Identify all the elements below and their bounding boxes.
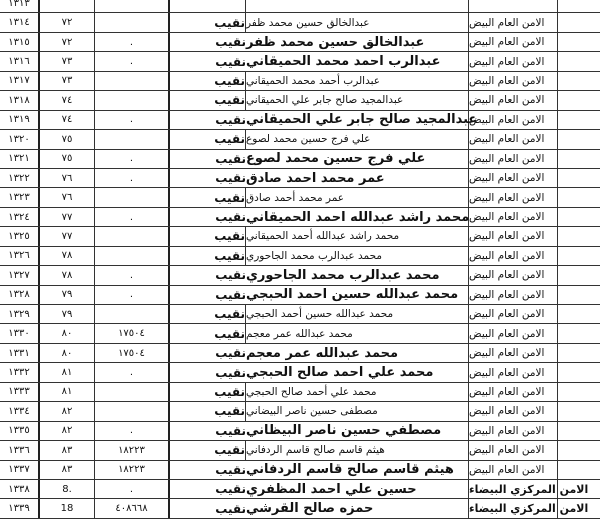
blank-cell [558, 0, 600, 12]
unit-cell: الامن العام البيض [468, 441, 558, 459]
name-cell: محمد راشد عبدالله احمد الحميقاني [246, 208, 468, 226]
rank-cell: نقيب [170, 324, 246, 342]
name-cell: علي فرج حسين محمد لصوع [246, 150, 468, 168]
blank-cell [558, 111, 600, 129]
blank-cell [558, 402, 600, 420]
unit-cell: الامن العام البيض [468, 91, 558, 109]
blank-cell [558, 480, 600, 498]
rank-cell: نقيب [170, 266, 246, 284]
name-cell: محمد عبدالله عمر معجم [246, 344, 468, 362]
blank-cell [558, 33, 600, 51]
rank-cell: نقيب [170, 422, 246, 440]
value-cell: ١٨٢٢٣ [95, 461, 170, 479]
rank-cell: نقيب [170, 383, 246, 401]
blank-cell [558, 247, 600, 265]
blank-cell [558, 72, 600, 90]
table-row: ١٣٢٥٧٧نقيبمحمد راشد عبدالله أحمد الحميقا… [0, 227, 600, 246]
unit-cell: الامن العام البيض [468, 266, 558, 284]
rank-cell: نقيب [170, 208, 246, 226]
name-cell: عمر محمد احمد صادق [246, 169, 468, 187]
value-cell: ٤٠٨٦٦٨ [95, 499, 170, 517]
name-cell: عبدالمجيد صالح جابر علي الحميقاني [246, 111, 468, 129]
name-cell: علي فرج حسين محمد لصوع [246, 130, 468, 148]
name-cell: عبدالمجيد صالح جابر علي الحميقاني [246, 91, 468, 109]
table-row: ١٣٢١٧٥.نقيبعلي فرج حسين محمد لصوعالامن ا… [0, 150, 600, 169]
value-cell: . [95, 208, 170, 226]
blank-cell [558, 13, 600, 31]
number-cell: ٧٦ [40, 188, 95, 206]
serial-cell: ١٣١٣ [0, 0, 40, 12]
unit-cell: الامن العام البيض [468, 422, 558, 440]
name-cell: عبدالرب احمد محمد الحميقاني [246, 52, 468, 70]
value-cell [95, 130, 170, 148]
number-cell: ٨١ [40, 383, 95, 401]
blank-cell [558, 188, 600, 206]
rank-cell: نقيب [170, 91, 246, 109]
number-cell: ٧٧ [40, 208, 95, 226]
unit-cell [468, 0, 558, 12]
rank-cell: نقيب [170, 72, 246, 90]
blank-cell [558, 383, 600, 401]
rank-cell: نقيب [170, 461, 246, 479]
table-row: ١٣٢٢٧٦.نقيبعمر محمد احمد صادقالامن العام… [0, 169, 600, 188]
number-cell: ٨٣ [40, 461, 95, 479]
serial-cell: ١٣٣٣ [0, 383, 40, 401]
table-row: ١٣٢٤٧٧.نقيبمحمد راشد عبدالله احمد الحميق… [0, 208, 600, 227]
name-cell: محمد عبدالله حسين أحمد الحبجي [246, 305, 468, 323]
name-cell: عمر محمد أحمد صادق [246, 188, 468, 206]
value-cell [95, 227, 170, 245]
table-row: ١٣١٥٧٢.نقيبعبدالخالق حسين محمد ظفرالامن … [0, 33, 600, 52]
number-cell: 18 [40, 499, 95, 517]
rank-cell: نقيب [170, 188, 246, 206]
serial-cell: ١٣٢٨ [0, 286, 40, 304]
value-cell: . [95, 33, 170, 51]
blank-cell [558, 130, 600, 148]
table-row: ١٣٣٩18٤٠٨٦٦٨نقيبحمزه صالح القرشيالامن ال… [0, 499, 600, 518]
name-cell: مصطفي حسين ناصر البيظاني [246, 422, 468, 440]
table-row: ١٣٣٧٨٣١٨٢٢٣نقيبهيثم قاسم صالح قاسم الردف… [0, 461, 600, 480]
serial-cell: ١٣٢٧ [0, 266, 40, 284]
rank-cell: نقيب [170, 150, 246, 168]
rank-cell: نقيب [170, 441, 246, 459]
number-cell: ٧٢ [40, 33, 95, 51]
officers-table: ١٣١٣١٣١٤٧٢نقيبعبدالخالق حسين محمد ظفرالا… [0, 0, 600, 519]
unit-cell: الامن العام البيض [468, 72, 558, 90]
unit-cell: الامن العام البيض [468, 286, 558, 304]
unit-cell: الامن العام البيض [468, 33, 558, 51]
table-row: ١٣٢٠٧٥نقيبعلي فرج حسين محمد لصوعالامن ال… [0, 130, 600, 149]
unit-cell: الامن العام البيض [468, 383, 558, 401]
serial-cell: ١٣٢٦ [0, 247, 40, 265]
number-cell: 8. [40, 480, 95, 498]
number-cell: ٧٣ [40, 52, 95, 70]
serial-cell: ١٣١٨ [0, 91, 40, 109]
number-cell: ٧٩ [40, 305, 95, 323]
blank-cell [558, 169, 600, 187]
table-row: ١٣٣٠٨٠١٧٥٠٤نقيبمحمد عبدالله عمر معجمالام… [0, 324, 600, 343]
number-cell: ٨٢ [40, 402, 95, 420]
serial-cell: ١٣٣٧ [0, 461, 40, 479]
number-cell: ٧٥ [40, 150, 95, 168]
table-row: ١٣٢٩٧٩نقيبمحمد عبدالله حسين أحمد الحبجيا… [0, 305, 600, 324]
rank-cell: نقيب [170, 130, 246, 148]
number-cell: ٧٣ [40, 72, 95, 90]
number-cell: ٨٠ [40, 344, 95, 362]
serial-cell: ١٣٣٨ [0, 480, 40, 498]
unit-cell: الامن العام البيض [468, 13, 558, 31]
rank-cell: نقيب [170, 52, 246, 70]
rank-cell: نقيب [170, 480, 246, 498]
name-cell: عبدالرب أحمد محمد الحميقاني [246, 72, 468, 90]
number-cell: ٧٧ [40, 227, 95, 245]
unit-cell: الامن العام البيض [468, 188, 558, 206]
value-cell [95, 91, 170, 109]
blank-cell [558, 150, 600, 168]
serial-cell: ١٣٣٠ [0, 324, 40, 342]
value-cell: . [95, 111, 170, 129]
unit-cell: الامن العام البيض [468, 324, 558, 342]
table-row: ١٣٣١٨٠١٧٥٠٤نقيبمحمد عبدالله عمر معجمالام… [0, 344, 600, 363]
value-cell [95, 188, 170, 206]
serial-cell: ١٣١٦ [0, 52, 40, 70]
value-cell: ١٧٥٠٤ [95, 344, 170, 362]
value-cell: ١٧٥٠٤ [95, 324, 170, 342]
blank-cell [558, 363, 600, 381]
blank-cell [558, 305, 600, 323]
serial-cell: ١٣٢٤ [0, 208, 40, 226]
number-cell: ٨٣ [40, 441, 95, 459]
number-cell: ٨٠ [40, 324, 95, 342]
table-row: ١٣٣٨8..نقيبحسين علي احمد المظفريالامن ال… [0, 480, 600, 499]
rank-cell: نقيب [170, 247, 246, 265]
blank-cell [558, 324, 600, 342]
table-row: ١٣٣٥٨٢.نقيبمصطفي حسين ناصر البيظانيالامن… [0, 422, 600, 441]
serial-cell: ١٣٢٢ [0, 169, 40, 187]
number-cell: ٧٨ [40, 247, 95, 265]
serial-cell: ١٣٣٦ [0, 441, 40, 459]
rank-cell: نقيب [170, 402, 246, 420]
blank-cell [558, 208, 600, 226]
value-cell: . [95, 363, 170, 381]
name-cell: محمد عبدالرب محمد الجاحوري [246, 266, 468, 284]
table-row: ١٣١٦٧٣.نقيبعبدالرب احمد محمد الحميقانيال… [0, 52, 600, 71]
serial-cell: ١٣٣٢ [0, 363, 40, 381]
rank-cell: نقيب [170, 499, 246, 517]
name-cell: حسين علي احمد المظفري [246, 480, 468, 498]
unit-cell: الامن العام البيض [468, 461, 558, 479]
rank-cell [170, 0, 246, 12]
number-cell: ٨٢ [40, 422, 95, 440]
unit-cell: الامن العام البيض [468, 247, 558, 265]
serial-cell: ١٣١٥ [0, 33, 40, 51]
table-row: ١٣٢٣٧٦نقيبعمر محمد أحمد صادقالامن العام … [0, 188, 600, 207]
unit-cell: الامن العام البيض [468, 363, 558, 381]
unit-cell: الامن العام البيض [468, 402, 558, 420]
serial-cell: ١٣٢٣ [0, 188, 40, 206]
number-cell: ٧٦ [40, 169, 95, 187]
unit-cell: الامن المركزي البيضاء [468, 499, 558, 517]
name-cell: عبدالخالق حسين محمد ظفر [246, 13, 468, 31]
name-cell: هيثم قاسم صالح قاسم الردفاني [246, 441, 468, 459]
value-cell [95, 72, 170, 90]
unit-cell: الامن العام البيض [468, 305, 558, 323]
table-row: ١٣٢٨٧٩.نقيبمحمد عبدالله حسين احمد الحبجي… [0, 286, 600, 305]
blank-cell [558, 422, 600, 440]
blank-cell [558, 91, 600, 109]
value-cell: . [95, 266, 170, 284]
unit-cell: الامن العام البيض [468, 52, 558, 70]
name-cell: محمد عبدالله عمر معجم [246, 324, 468, 342]
table-row: ١٣٢٦٧٨نقيبمحمد عبدالرب محمد الجاحوريالام… [0, 247, 600, 266]
blank-cell [558, 461, 600, 479]
value-cell: ١٨٢٢٣ [95, 441, 170, 459]
serial-cell: ١٣١٩ [0, 111, 40, 129]
name-cell: مصطفى حسين ناصر البيضاني [246, 402, 468, 420]
unit-cell: الامن العام البيض [468, 150, 558, 168]
serial-cell: ١٣١٤ [0, 13, 40, 31]
table-row: ١٣٣٣٨١نقيبمحمد علي أحمد صالح الحبجيالامن… [0, 383, 600, 402]
blank-cell [558, 266, 600, 284]
table-row: ١٣١٣ [0, 0, 600, 13]
serial-cell: ١٣٢٩ [0, 305, 40, 323]
blank-cell [558, 227, 600, 245]
unit-cell: الامن العام البيض [468, 130, 558, 148]
value-cell [95, 402, 170, 420]
rank-cell: نقيب [170, 363, 246, 381]
value-cell: . [95, 480, 170, 498]
blank-cell [558, 286, 600, 304]
unit-cell: الامن العام البيض [468, 111, 558, 129]
number-cell: ٧٤ [40, 111, 95, 129]
value-cell: . [95, 150, 170, 168]
number-cell: ٧٥ [40, 130, 95, 148]
name-cell [246, 0, 468, 12]
unit-cell: الامن المركزي البيضاء [468, 480, 558, 498]
value-cell: . [95, 169, 170, 187]
name-cell: حمزه صالح القرشي [246, 499, 468, 517]
name-cell: محمد راشد عبدالله أحمد الحميقاني [246, 227, 468, 245]
value-cell: . [95, 286, 170, 304]
value-cell [95, 247, 170, 265]
number-cell: ٧٨ [40, 266, 95, 284]
rank-cell: نقيب [170, 111, 246, 129]
number-cell: ٧٢ [40, 13, 95, 31]
number-cell: ٨١ [40, 363, 95, 381]
value-cell: . [95, 52, 170, 70]
serial-cell: ١٣٢٥ [0, 227, 40, 245]
serial-cell: ١٣٣٩ [0, 499, 40, 517]
name-cell: محمد عبدالله حسين احمد الحبجي [246, 286, 468, 304]
name-cell: هيثم قاسم صالح قاسم الردفاني [246, 461, 468, 479]
unit-cell: الامن العام البيض [468, 208, 558, 226]
value-cell [95, 13, 170, 31]
value-cell [95, 383, 170, 401]
blank-cell [558, 441, 600, 459]
name-cell: محمد علي احمد صالح الحبجي [246, 363, 468, 381]
value-cell: . [95, 422, 170, 440]
serial-cell: ١٣٣٤ [0, 402, 40, 420]
rank-cell: نقيب [170, 344, 246, 362]
unit-cell: الامن العام البيض [468, 169, 558, 187]
serial-cell: ١٣٢٠ [0, 130, 40, 148]
name-cell: محمد علي أحمد صالح الحبجي [246, 383, 468, 401]
blank-cell [558, 499, 600, 517]
blank-cell [558, 52, 600, 70]
value-cell [95, 0, 170, 12]
blank-cell [558, 344, 600, 362]
rank-cell: نقيب [170, 286, 246, 304]
number-cell: ٧٩ [40, 286, 95, 304]
rank-cell: نقيب [170, 33, 246, 51]
rank-cell: نقيب [170, 305, 246, 323]
serial-cell: ١٣٣١ [0, 344, 40, 362]
table-row: ١٣٢٧٧٨.نقيبمحمد عبدالرب محمد الجاحوريالا… [0, 266, 600, 285]
unit-cell: الامن العام البيض [468, 344, 558, 362]
serial-cell: ١٣٢١ [0, 150, 40, 168]
table-row: ١٣١٧٧٣نقيبعبدالرب أحمد محمد الحميقانيالا… [0, 72, 600, 91]
table-row: ١٣٣٤٨٢نقيبمصطفى حسين ناصر البيضانيالامن … [0, 402, 600, 421]
unit-cell: الامن العام البيض [468, 227, 558, 245]
table-row: ١٣٣٢٨١.نقيبمحمد علي احمد صالح الحبجيالام… [0, 363, 600, 382]
name-cell: محمد عبدالرب محمد الجاحوري [246, 247, 468, 265]
value-cell [95, 305, 170, 323]
serial-cell: ١٣١٧ [0, 72, 40, 90]
table-row: ١٣٣٦٨٣١٨٢٢٣نقيبهيثم قاسم صالح قاسم الردف… [0, 441, 600, 460]
rank-cell: نقيب [170, 13, 246, 31]
rank-cell: نقيب [170, 227, 246, 245]
number-cell [40, 0, 95, 12]
table-row: ١٣١٩٧٤.نقيبعبدالمجيد صالح جابر علي الحمي… [0, 111, 600, 130]
table-row: ١٣١٤٧٢نقيبعبدالخالق حسين محمد ظفرالامن ا… [0, 13, 600, 32]
serial-cell: ١٣٣٥ [0, 422, 40, 440]
table-row: ١٣١٨٧٤نقيبعبدالمجيد صالح جابر علي الحميق… [0, 91, 600, 110]
number-cell: ٧٤ [40, 91, 95, 109]
rank-cell: نقيب [170, 169, 246, 187]
name-cell: عبدالخالق حسين محمد ظفر [246, 33, 468, 51]
